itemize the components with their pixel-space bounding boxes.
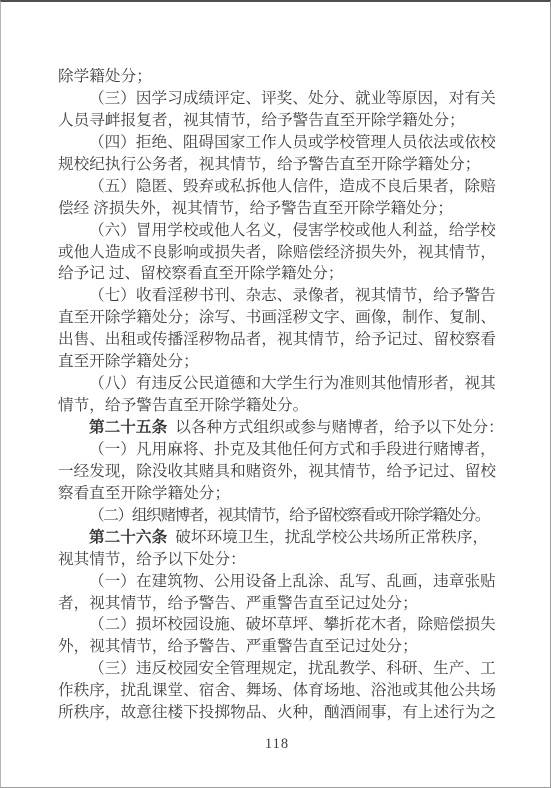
article-number: 第二十六条 xyxy=(89,529,167,546)
text-line: 一经发现，除没收其赌具和赌资外，视其情节，给予记过、留校 xyxy=(58,461,496,483)
text-line: 除学籍处分； xyxy=(58,66,496,88)
text-line: 情节，给予警告直至开除学籍处分。 xyxy=(58,395,496,417)
text-line: （五）隐匿、毁弃或私拆他人信件，造成不良后果者，除赔 xyxy=(58,176,496,198)
text-line: 出售、出租或传播淫秽物品者，视其情节，给予记过、留校察看 xyxy=(58,329,496,351)
document-page: 除学籍处分；（三）因学习成绩评定、评奖、处分、就业等原因，对有关人员寻衅报复者，… xyxy=(0,0,551,788)
text-line: （一）凡用麻将、扑克及其他任何方式和手段进行赌博者， xyxy=(58,439,496,461)
text-line: 察看直至开除学籍处分； xyxy=(58,483,496,505)
article-heading-line: 第二十六条破坏环境卫生，扰乱学校公共场所正常秩序， xyxy=(58,527,496,549)
text-line: （三）违反校园安全管理规定，扰乱教学、科研、生产、工 xyxy=(58,658,496,680)
article-heading-line: 第二十五条以各种方式组织或参与赌博者，给予以下处分： xyxy=(58,417,496,439)
text-line: （六）冒用学校或他人名义，侵害学校或他人利益，给学校 xyxy=(58,220,496,242)
text-line: 外，视其情节，给予警告、严重警告直至记过处分； xyxy=(58,636,496,658)
text-line: 作秩序，扰乱课堂、宿舍、舞场、体育场地、浴池或其他公共场 xyxy=(58,680,496,702)
text-line: （四）拒绝、阻碍国家工作人员或学校管理人员依法或依校 xyxy=(58,132,496,154)
text-line: 人员寻衅报复者，视其情节，给予警告直至开除学籍处分； xyxy=(58,110,496,132)
page-number: 118 xyxy=(58,734,496,754)
text-line: （八）有违反公民道德和大学生行为准则其他情形者，视其 xyxy=(58,373,496,395)
text-line: （三）因学习成绩评定、评奖、处分、就业等原因，对有关 xyxy=(58,88,496,110)
text-line: （七）收看淫秽书刊、杂志、录像者，视其情节，给予警告 xyxy=(58,285,496,307)
text-line: （二）损坏校园设施、破坏草坪、攀折花木者，除赔偿损失 xyxy=(58,614,496,636)
text-line: （一）在建筑物、公用设备上乱涂、乱写、乱画，违章张贴 xyxy=(58,571,496,593)
text-line: 偿经 济损失外，视其情节，给予警告直至开除学籍处分； xyxy=(58,198,496,220)
text-line: 直至开除学籍处分；涂写、书画淫秽文字、画像，制作、复制、 xyxy=(58,307,496,329)
text-line: 所秩序，故意往楼下投掷物品、火种，酗酒闹事，有上述行为之 xyxy=(58,702,496,724)
text-line: （二）组织赌博者，视其情节，给予留校察看或开除学籍处分。 xyxy=(58,505,496,527)
text-line: 或他人造成不良影响或损失者，除赔偿经济损失外，视其情节， xyxy=(58,242,496,264)
text-line: 直至开除学籍处分； xyxy=(58,351,496,373)
text-line: 者，视其情节，给予警告、严重警告直至记过处分； xyxy=(58,593,496,615)
text-line: 规校纪执行公务者，视其情节，给予警告直至开除学籍处分； xyxy=(58,154,496,176)
text-line: 视其情节，给予以下处分： xyxy=(58,549,496,571)
text-line: 给予记 过、留校察看直至开除学籍处分； xyxy=(58,263,496,285)
article-number: 第二十五条 xyxy=(89,419,167,436)
document-text: 除学籍处分；（三）因学习成绩评定、评奖、处分、就业等原因，对有关人员寻衅报复者，… xyxy=(58,66,496,724)
